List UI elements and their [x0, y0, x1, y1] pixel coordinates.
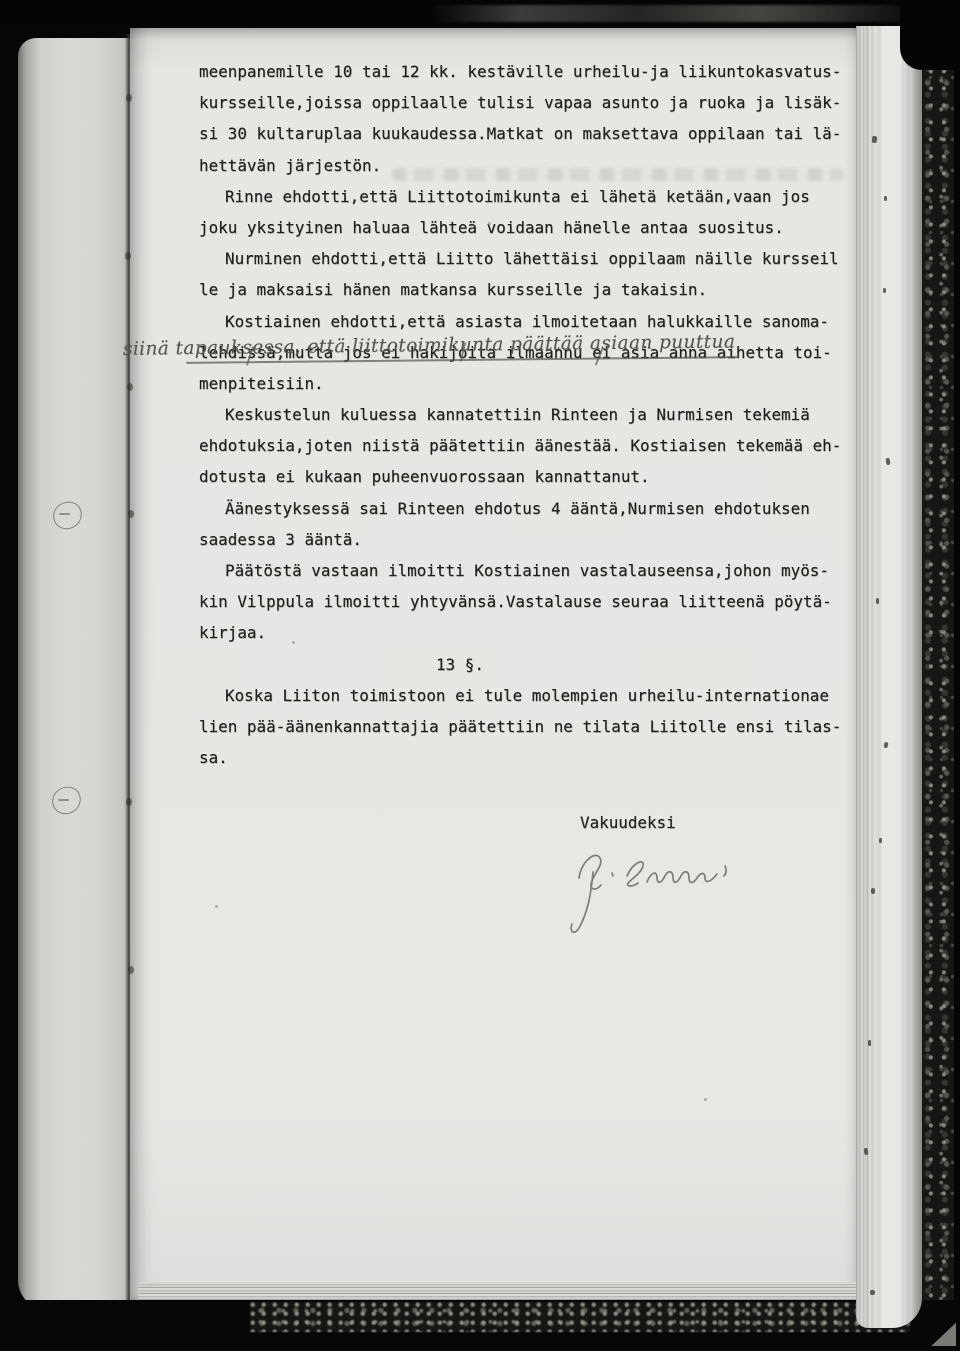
- typed-text-body: meenpanemille 10 tai 12 kk. kestäville u…: [199, 62, 861, 779]
- typed-line: kirjaa.: [199, 623, 861, 654]
- typed-line: saadessa 3 ääntä.: [199, 530, 861, 561]
- dust-speck: [292, 641, 295, 644]
- typed-line: ehdotuksia,joten niistä päätettiin äänes…: [199, 436, 861, 467]
- typed-line: menpiteisiin.: [199, 374, 861, 405]
- typed-line: kursseille,joissa oppilaalle tulisi vapa…: [199, 93, 861, 124]
- fold-smudge: [128, 510, 134, 518]
- typed-line: sa.: [199, 748, 861, 779]
- typed-line: Nurminen ehdotti,että Liitto lähettäisi …: [199, 249, 861, 280]
- fold-smudge: [126, 798, 132, 806]
- typed-line: meenpanemille 10 tai 12 kk. kestäville u…: [199, 62, 861, 93]
- attestation-label: Vakuudeksi: [580, 813, 676, 832]
- signature-handwriting: [555, 838, 745, 938]
- typed-line: Koska Liiton toimistoon ei tule molempie…: [199, 686, 861, 717]
- typed-line: 13 §.: [199, 655, 861, 686]
- page-edge-mark: [883, 288, 886, 293]
- dust-speck: [215, 905, 218, 908]
- pencil-circle-dash: [58, 799, 69, 801]
- typed-line: dotusta ei kukaan puheenvuorossaan kanna…: [199, 467, 861, 498]
- typed-line: hettävän järjestön.: [199, 156, 861, 187]
- typed-line: joku yksityinen haluaa lähteä voidaan hä…: [199, 218, 861, 249]
- typed-line: si 30 kultaruplaa kuukaudessa.Matkat on …: [199, 124, 861, 155]
- page-stack-right-edges: [856, 15, 922, 1328]
- typed-line: le ja maksaisi hänen matkansa kursseille…: [199, 280, 861, 311]
- page-edge-mark: [884, 196, 887, 201]
- page-edge-mark: [879, 838, 882, 843]
- pencil-circle-dash: [59, 513, 70, 515]
- scan-border-smudge: [430, 5, 930, 22]
- dust-speck: [488, 222, 491, 225]
- page-edge-mark: [876, 598, 879, 604]
- page-edge-mark: [864, 1148, 869, 1155]
- typed-line: Keskustelun kuluessa kannatettiin Rintee…: [199, 405, 861, 436]
- page-edge-mark: [871, 888, 875, 894]
- page-edge-mark: [868, 1040, 871, 1046]
- fold-smudge: [126, 94, 132, 102]
- page-edge-mark: [870, 1290, 875, 1295]
- typed-line: Päätöstä vastaan ilmoitti Kostiainen vas…: [199, 561, 861, 592]
- typed-line: Rinne ehdotti,että Liittotoimikunta ei l…: [199, 187, 861, 218]
- fold-smudge: [125, 252, 131, 260]
- dust-speck: [704, 1098, 707, 1101]
- fold-smudge: [128, 966, 134, 974]
- typed-line: kin Vilppula ilmoitti yhtyvänsä.Vastalau…: [199, 592, 861, 623]
- typed-line: lien pää-äänenkannattajia päätettiin ne …: [199, 717, 861, 748]
- scanned-document-page: meenpanemille 10 tai 12 kk. kestäville u…: [0, 0, 960, 1351]
- fold-smudge: [127, 383, 133, 391]
- typed-line: Äänestyksessä sai Rinteen ehdotus 4 äänt…: [199, 499, 861, 530]
- book-cover-texture-bottom: [250, 1302, 910, 1332]
- underlying-page-curl-left: [18, 38, 130, 1310]
- scan-border-top-right: [900, 0, 960, 70]
